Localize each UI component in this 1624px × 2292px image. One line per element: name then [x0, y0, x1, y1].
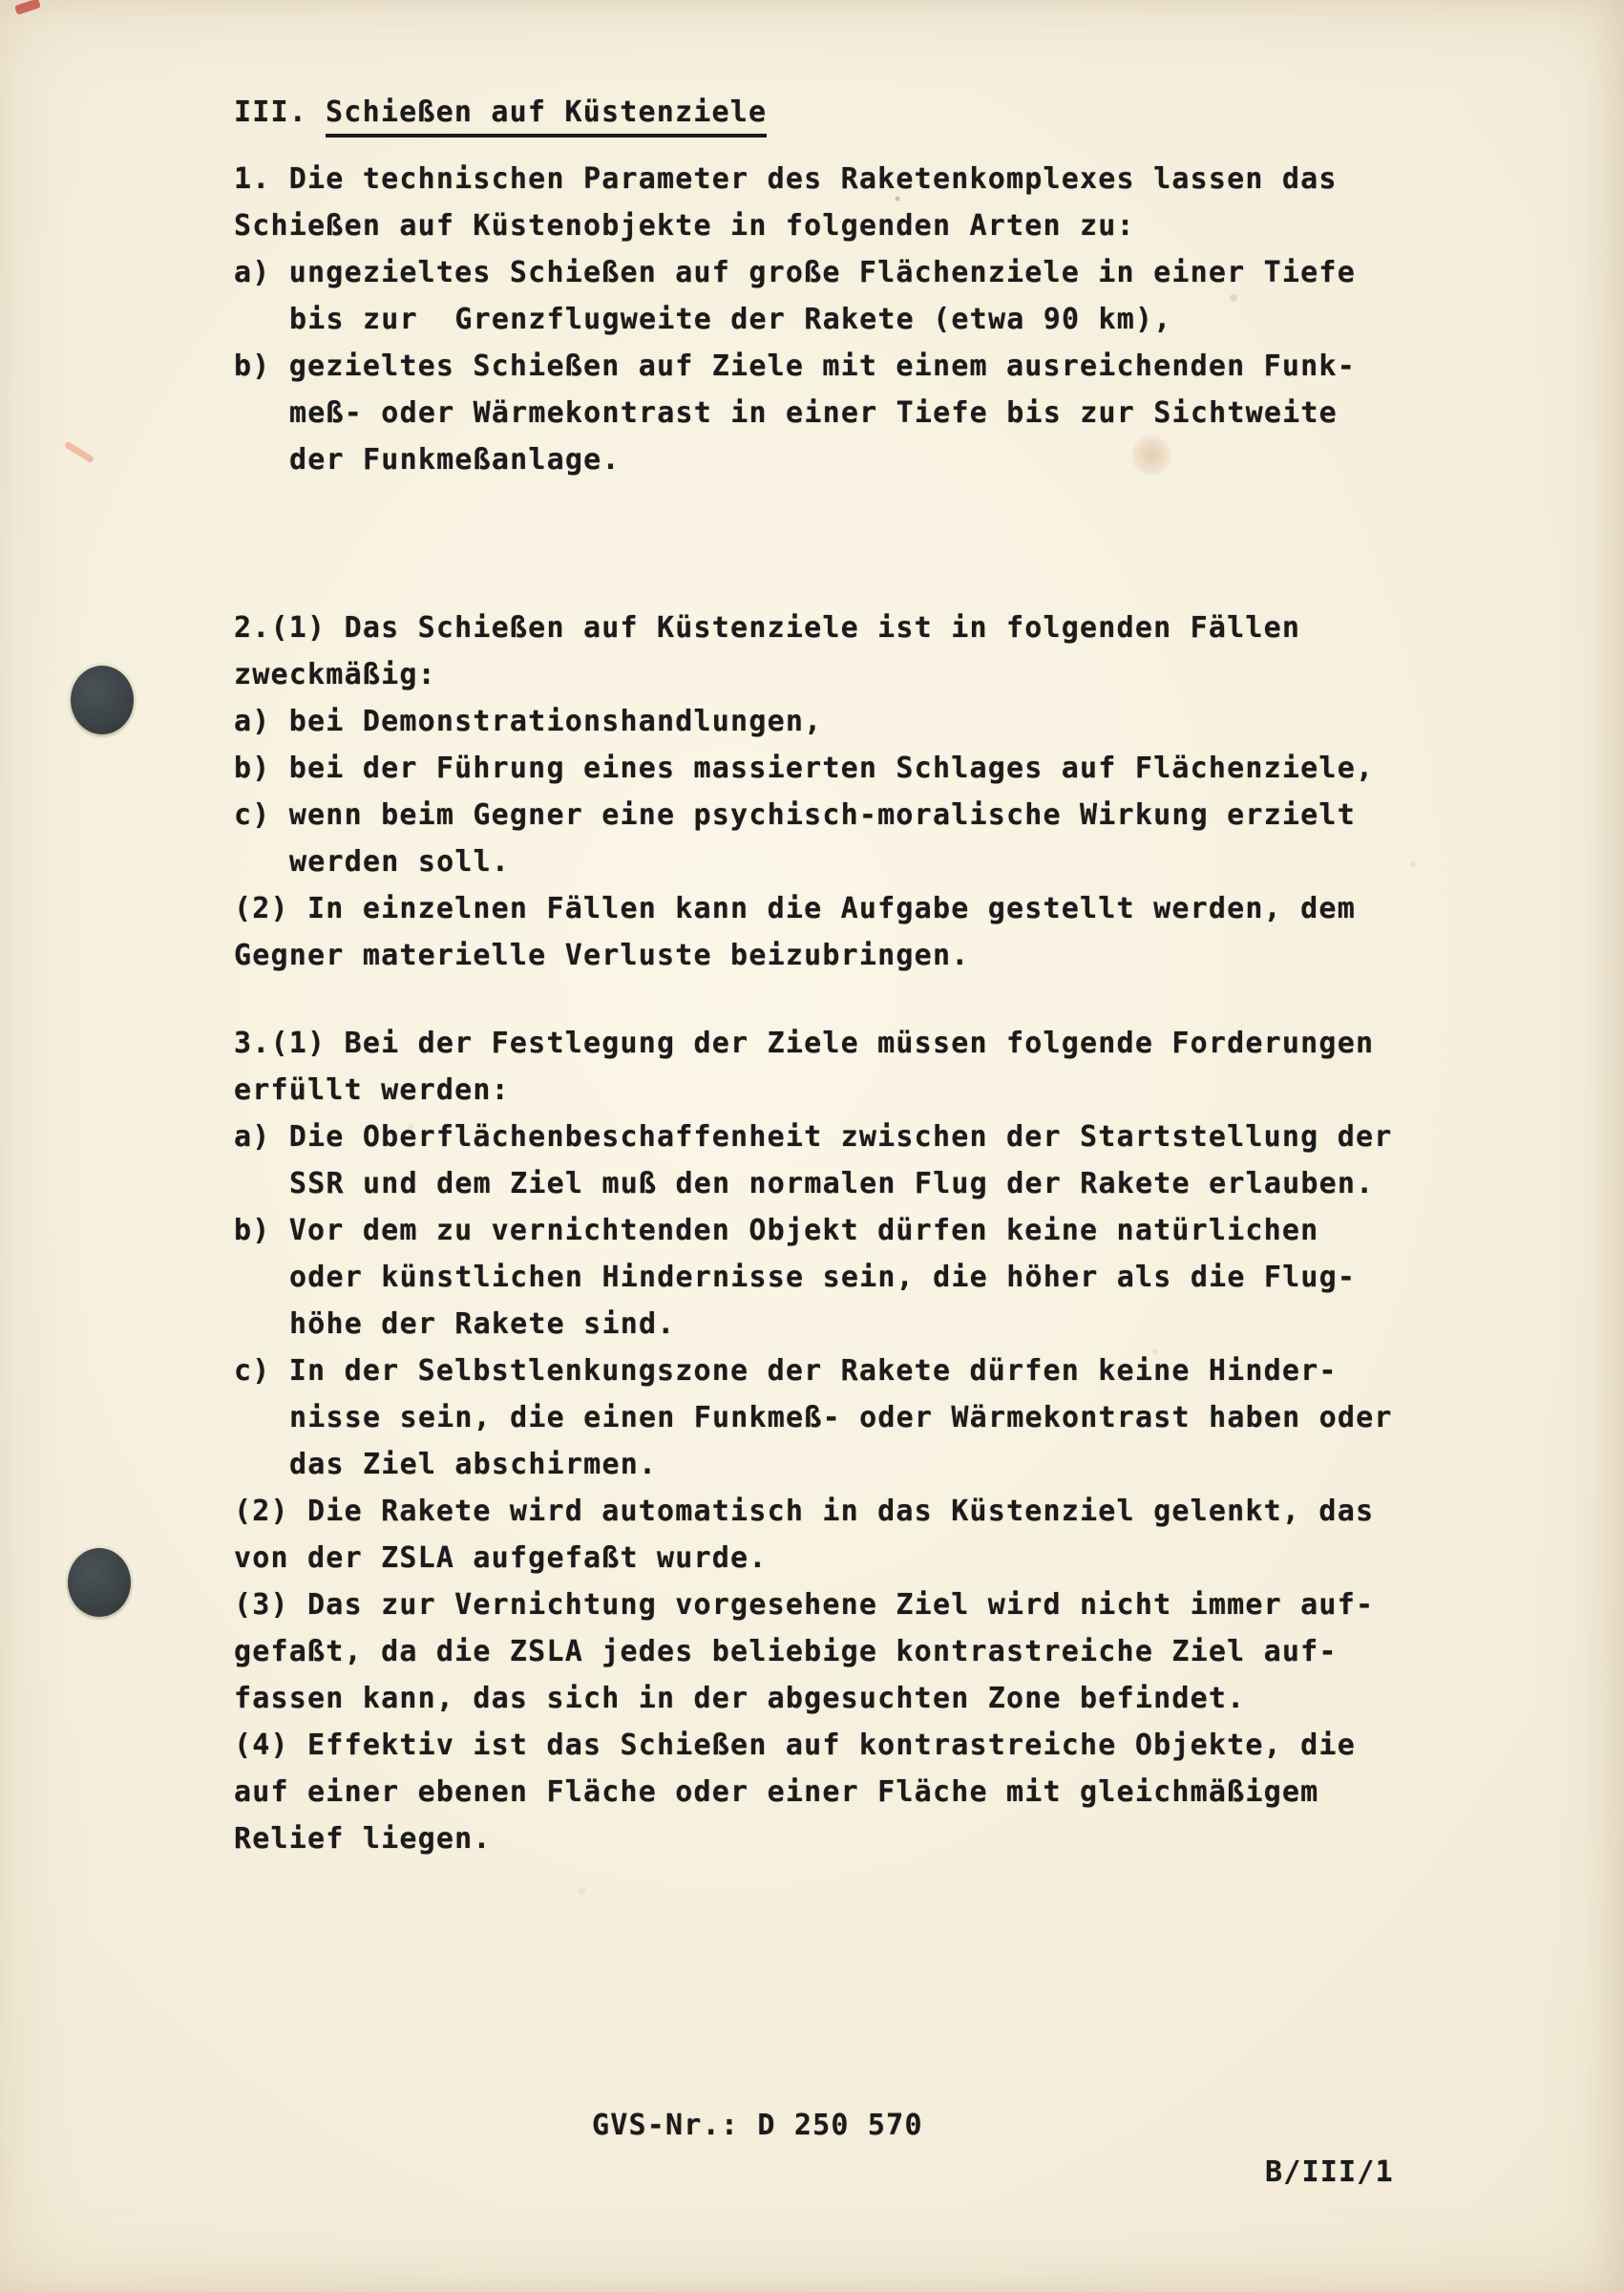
- text-line: (4) Effektiv ist das Schießen auf kontra…: [234, 1722, 1437, 1769]
- text-line: von der ZSLA aufgefaßt wurde.: [234, 1535, 1437, 1581]
- text-line: Relief liegen.: [234, 1815, 1437, 1862]
- hole-punch-top: [71, 666, 134, 734]
- section-title-underlined: Schießen auf Küstenziele: [326, 95, 767, 138]
- text-line: oder künstlichen Hindernisse sein, die h…: [234, 1254, 1437, 1301]
- hole-punch-bottom: [68, 1548, 131, 1617]
- paragraph-2: 2.(1) Das Schießen auf Küstenziele ist i…: [234, 605, 1437, 979]
- text-line: Schießen auf Küstenobjekte in folgenden …: [234, 202, 1437, 249]
- text-line: das Ziel abschirmen.: [234, 1441, 1437, 1488]
- text-line: (2) Die Rakete wird automatisch in das K…: [234, 1488, 1437, 1535]
- scanned-document-page: III.Schießen auf Küstenziele 1. Die tech…: [0, 0, 1624, 2292]
- text-line: 2.(1) Das Schießen auf Küstenziele ist i…: [234, 605, 1437, 651]
- text-line: der Funkmeßanlage.: [234, 436, 1437, 483]
- text-line: fassen kann, das sich in der abgesuchten…: [234, 1675, 1437, 1722]
- text-line: (2) In einzelnen Fällen kann die Aufgabe…: [234, 885, 1437, 932]
- page-footer: GVS-Nr.: D 250 570 B/III/1: [0, 2055, 1624, 2242]
- text-line: b) gezieltes Schießen auf Ziele mit eine…: [234, 343, 1437, 390]
- text-line: (3) Das zur Vernichtung vorgesehene Ziel…: [234, 1581, 1437, 1628]
- text-line: b) bei der Führung eines massierten Schl…: [234, 745, 1437, 792]
- text-line: bis zur Grenzflugweite der Rakete (etwa …: [234, 296, 1437, 343]
- section-numeral: III.: [234, 95, 307, 129]
- text-line: zweckmäßig:: [234, 651, 1437, 698]
- paragraph-3: 3.(1) Bei der Festlegung der Ziele müsse…: [234, 1020, 1437, 1862]
- text-line: höhe der Rakete sind.: [234, 1301, 1437, 1348]
- scan-artifact-corner-mark: [14, 0, 41, 15]
- text-line: Gegner materielle Verluste beizubringen.: [234, 932, 1437, 979]
- paragraph-1: 1. Die technischen Parameter des Raketen…: [234, 156, 1437, 483]
- text-line: gefaßt, da die ZSLA jedes beliebige kont…: [234, 1628, 1437, 1675]
- text-line: werden soll.: [234, 838, 1437, 885]
- gvs-number: GVS-Nr.: D 250 570: [592, 2102, 923, 2149]
- text-line: a) ungezieltes Schießen auf große Fläche…: [234, 249, 1437, 296]
- text-line: 3.(1) Bei der Festlegung der Ziele müsse…: [234, 1020, 1437, 1067]
- text-line: c) wenn beim Gegner eine psychisch-moral…: [234, 792, 1437, 838]
- text-line: c) In der Selbstlenkungszone der Rakete …: [234, 1348, 1437, 1394]
- text-line: a) Die Oberflächenbeschaffenheit zwische…: [234, 1114, 1437, 1160]
- text-line: a) bei Demonstrationshandlungen,: [234, 698, 1437, 745]
- text-line: erfüllt werden:: [234, 1067, 1437, 1114]
- page-title: III.Schießen auf Küstenziele: [234, 89, 767, 136]
- text-line: SSR und dem Ziel muß den normalen Flug d…: [234, 1160, 1437, 1207]
- text-line: nisse sein, die einen Funkmeß- oder Wärm…: [234, 1394, 1437, 1441]
- text-line: auf einer ebenen Fläche oder einer Fläch…: [234, 1769, 1437, 1815]
- page-reference: B/III/1: [1265, 2149, 1394, 2196]
- text-line: meß- oder Wärmekontrast in einer Tiefe b…: [234, 390, 1437, 436]
- text-line: 1. Die technischen Parameter des Raketen…: [234, 156, 1437, 202]
- scan-artifact-edge-scratch: [64, 441, 95, 464]
- text-line: b) Vor dem zu vernichtenden Objekt dürfe…: [234, 1207, 1437, 1254]
